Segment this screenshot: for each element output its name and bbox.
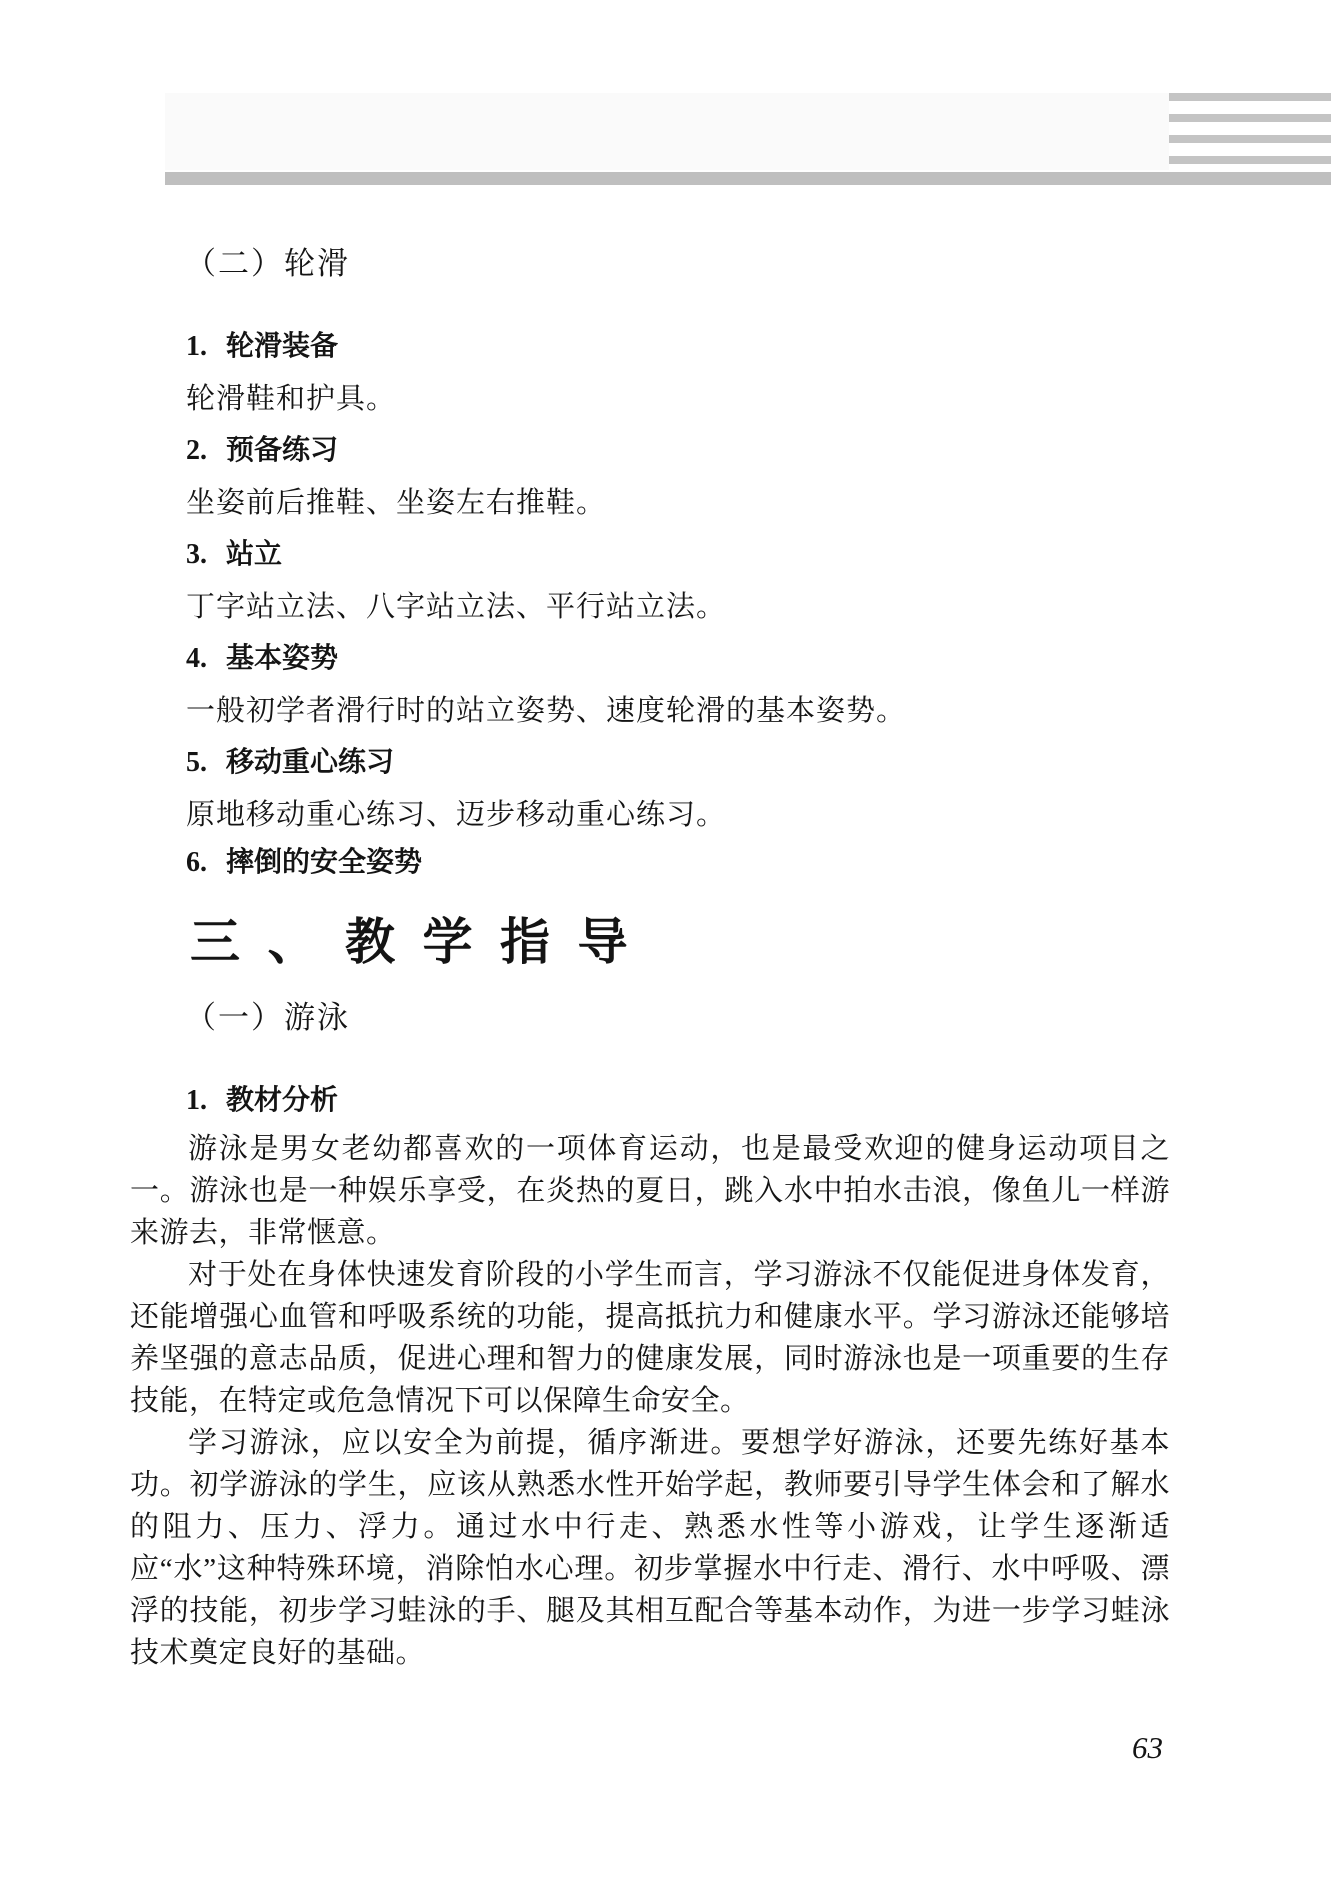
header-stripe: [1169, 135, 1331, 143]
item-number: 4.: [186, 643, 226, 675]
header-stripe: [1169, 114, 1331, 122]
header-light-band: [165, 93, 1169, 170]
item-number: 1.: [186, 331, 226, 363]
paragraph: 学习游泳，应以安全为前提，循序渐进。要想学好游泳，还要先练好基本功。初学游泳的学…: [130, 1422, 1170, 1674]
page-number: 63: [1132, 1730, 1163, 1766]
item-number: 3.: [186, 539, 226, 571]
item-body-2: 坐姿前后推鞋、坐姿左右推鞋。: [186, 480, 606, 521]
item-title: 摔倒的安全姿势: [226, 846, 422, 877]
item-body-1: 轮滑鞋和护具。: [186, 376, 396, 417]
header-stripe: [1169, 156, 1331, 164]
subsection-heading-swimming: （一）游泳: [185, 992, 350, 1037]
header-stripe: [1169, 93, 1331, 101]
item-title: 预备练习: [226, 434, 338, 465]
item-heading-2: 2.预备练习: [186, 428, 338, 468]
item-body-3: 丁字站立法、八字站立法、平行站立法。: [186, 584, 726, 625]
body-paragraphs: 游泳是男女老幼都喜欢的一项体育运动，也是最受欢迎的健身运动项目之一。游泳也是一种…: [130, 1128, 1170, 1674]
item-heading-6: 6.摔倒的安全姿势: [186, 840, 422, 880]
item-number: 5.: [186, 747, 226, 779]
item-title: 基本姿势: [226, 642, 338, 673]
header-rule-bar: [165, 172, 1331, 185]
item-number: 2.: [186, 435, 226, 467]
item-title: 站立: [226, 538, 282, 569]
item-heading-5: 5.移动重心练习: [186, 740, 394, 780]
item-body-4: 一般初学者滑行时的站立姿势、速度轮滑的基本姿势。: [186, 688, 906, 729]
item-title: 教材分析: [226, 1084, 338, 1115]
item-number: 1.: [186, 1085, 226, 1117]
section-heading-roller-skating: （二）轮滑: [185, 238, 350, 283]
document-page: （二）轮滑 1.轮滑装备 轮滑鞋和护具。 2.预备练习 坐姿前后推鞋、坐姿左右推…: [0, 0, 1331, 1884]
paragraph: 游泳是男女老幼都喜欢的一项体育运动，也是最受欢迎的健身运动项目之一。游泳也是一种…: [130, 1128, 1170, 1254]
paragraph: 对于处在身体快速发育阶段的小学生而言，学习游泳不仅能促进身体发育，还能增强心血管…: [130, 1254, 1170, 1422]
chapter-heading-teaching-guidance: 三、教学指导: [190, 902, 655, 974]
item-heading-1: 1.轮滑装备: [186, 324, 338, 364]
item-body-5: 原地移动重心练习、迈步移动重心练习。: [186, 792, 726, 833]
item-title: 轮滑装备: [226, 330, 338, 361]
item-heading-3: 3.站立: [186, 532, 282, 572]
item-title: 移动重心练习: [226, 746, 394, 777]
item-heading-material-analysis: 1.教材分析: [186, 1078, 338, 1118]
item-number: 6.: [186, 847, 226, 879]
item-heading-4: 4.基本姿势: [186, 636, 338, 676]
